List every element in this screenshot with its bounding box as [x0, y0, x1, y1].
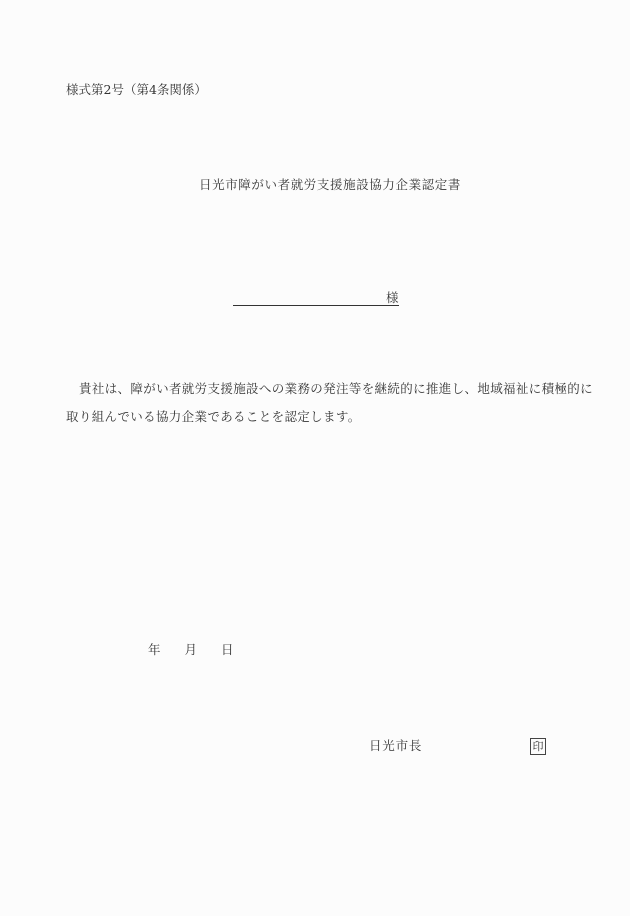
date-year-label: 年 [148, 644, 161, 657]
statement-line-1: 貴社は、障がい者就労支援施設への業務の発注等を継続的に推進し、地域福祉に積極的に [66, 375, 560, 403]
issuer-title: 日光市長 [369, 740, 422, 753]
date-day-label: 日 [221, 644, 234, 657]
date-month-label: 月 [185, 644, 198, 657]
issue-date: 年月日 [148, 644, 234, 657]
document-title: 日光市障がい者就労支援施設協力企業認定書 [199, 179, 461, 192]
recipient-name-field [233, 293, 399, 306]
recipient-honorific: 様 [386, 292, 399, 305]
seal-icon: 印 [530, 738, 546, 755]
form-number: 様式第2号（第4条関係） [66, 84, 207, 97]
seal-label: 印 [533, 741, 544, 752]
statement-line-2: 取り組んでいる協力企業であることを認定します。 [66, 403, 560, 431]
certification-statement: 貴社は、障がい者就労支援施設への業務の発注等を継続的に推進し、地域福祉に積極的に… [66, 375, 560, 431]
